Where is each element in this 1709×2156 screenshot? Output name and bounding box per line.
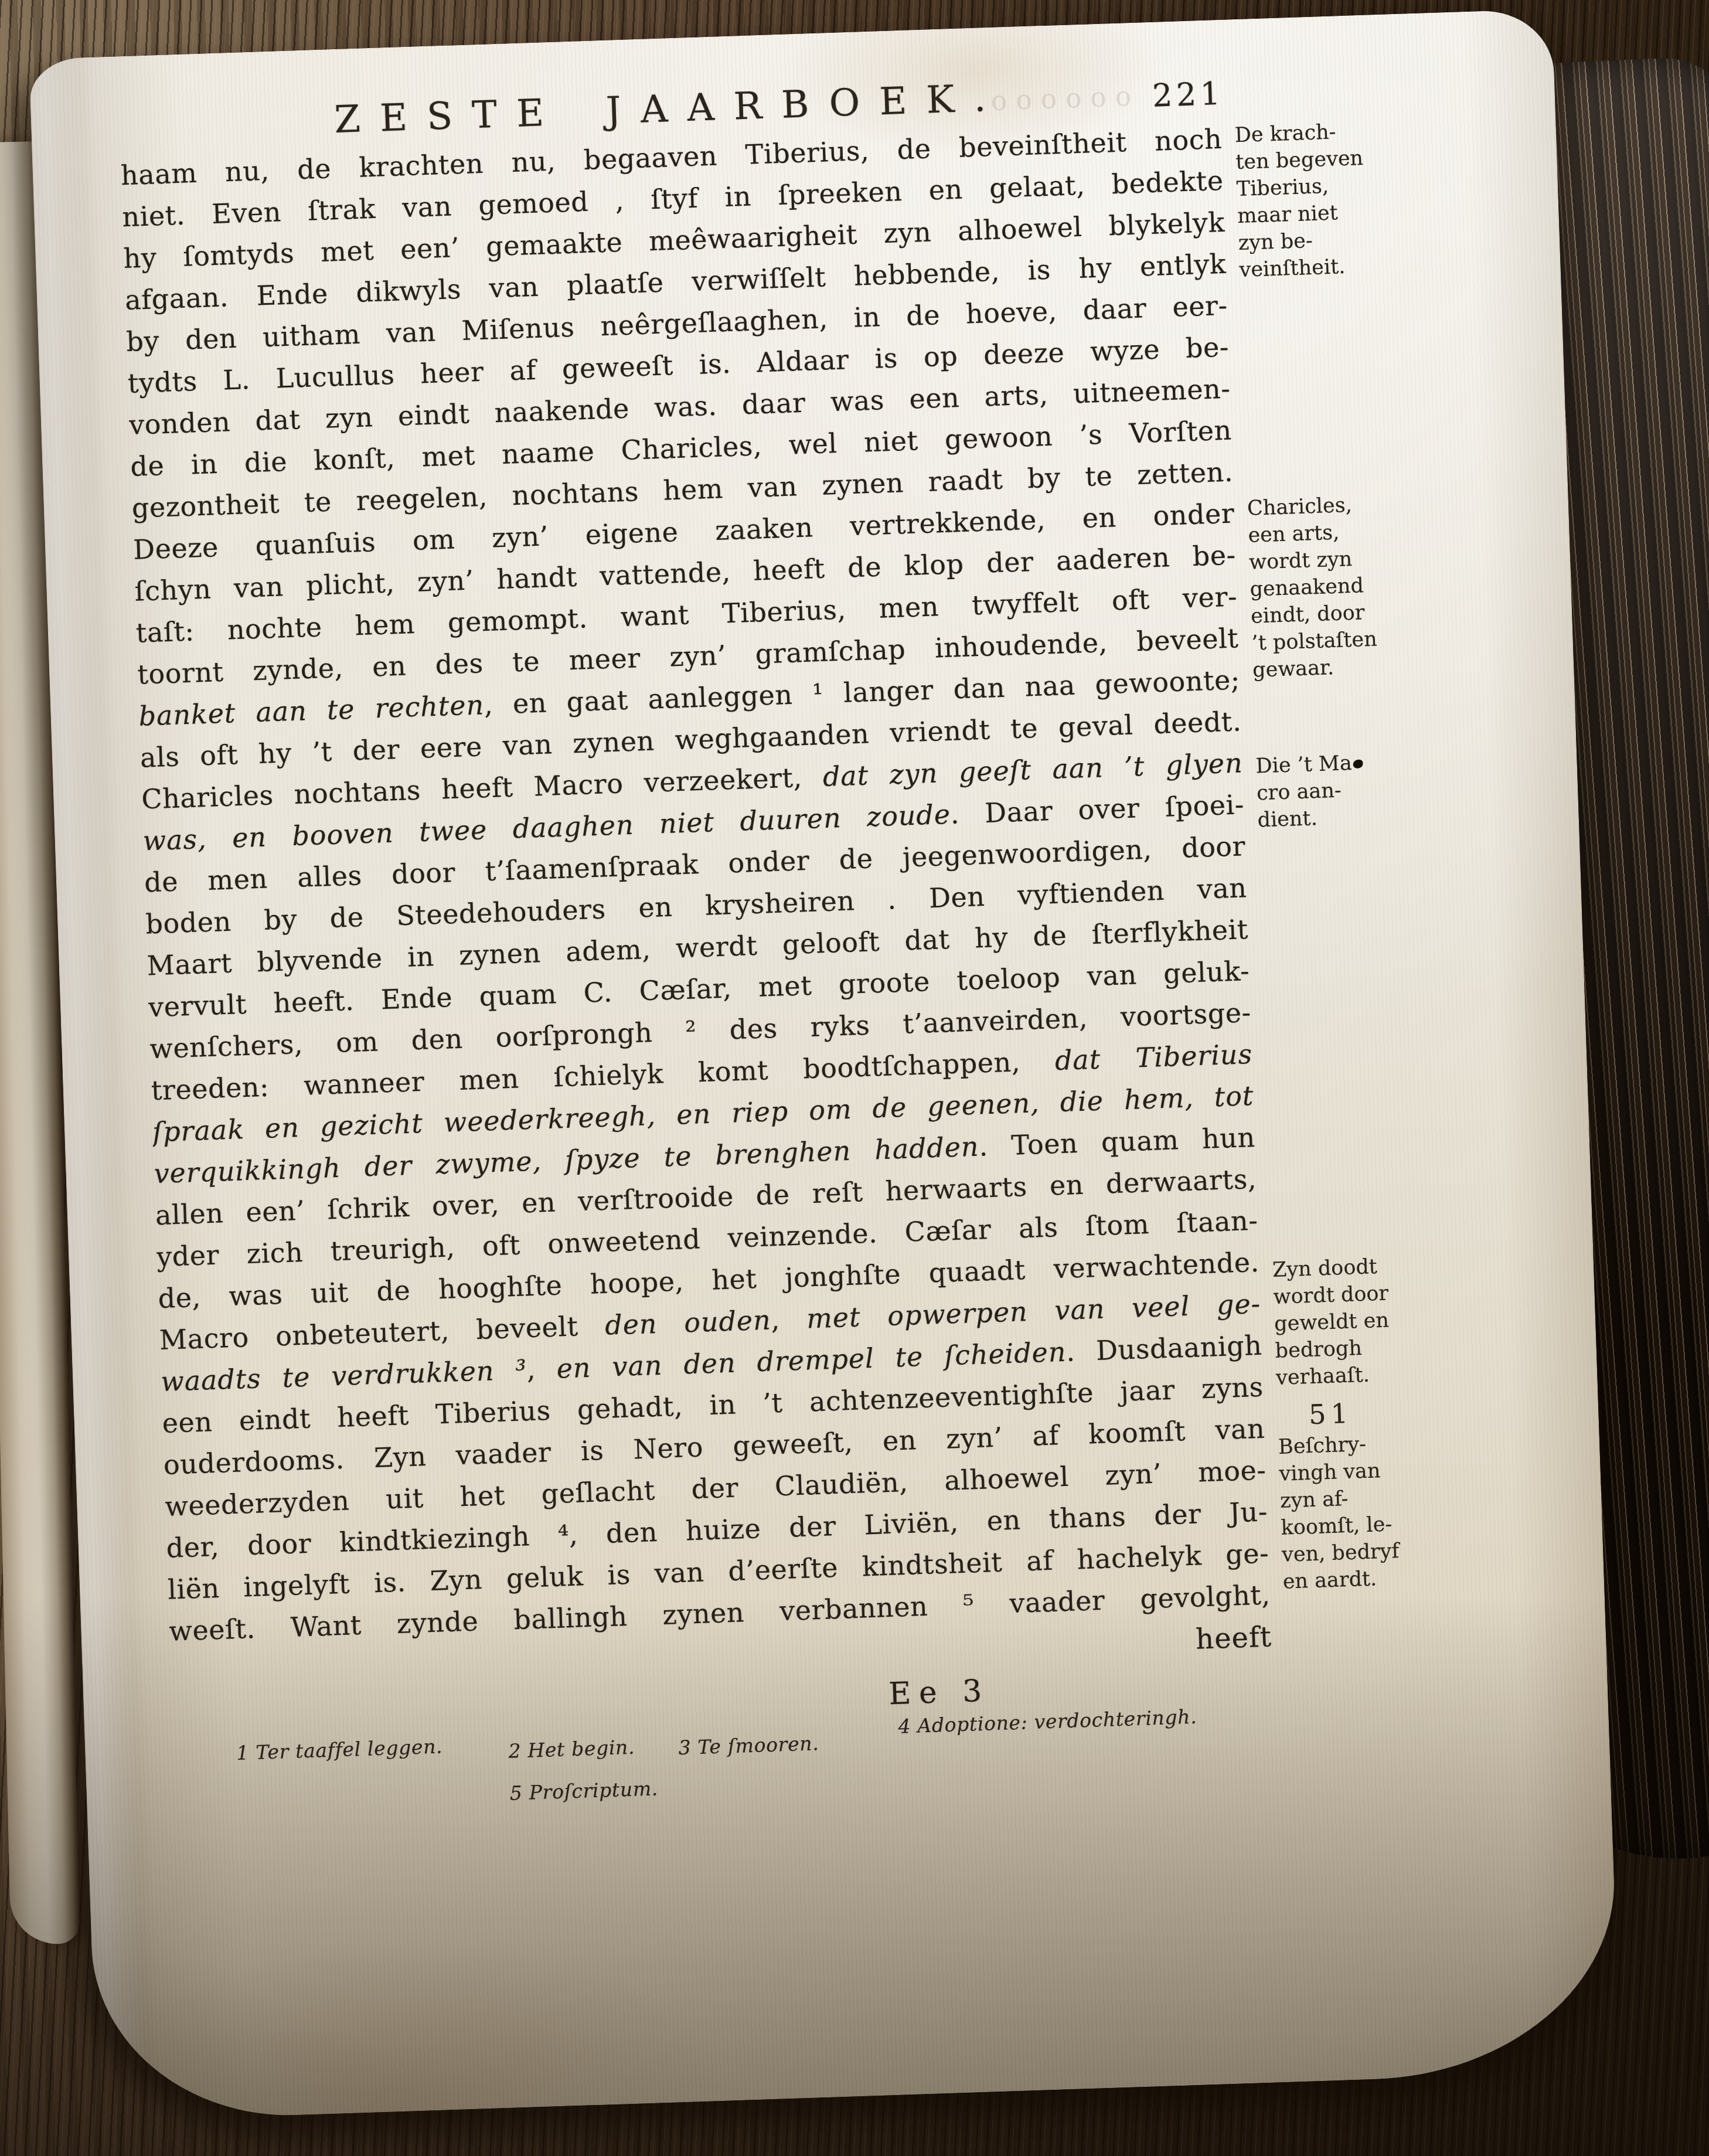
gathering-signature: Ee 3 bbox=[845, 1672, 1034, 1713]
page-number: 221 bbox=[1152, 75, 1225, 114]
roman-text: . Dusdaanigh bbox=[1065, 1329, 1262, 1368]
margin-note-line: dient. bbox=[1257, 801, 1439, 834]
margin-note-line: en aardt. bbox=[1282, 1563, 1465, 1596]
italic-text: den ouden bbox=[604, 1304, 771, 1341]
book-page: ZESTE JAARBOEK. oooooo 221 haam nu, de k… bbox=[29, 9, 1620, 2121]
page-content: ZESTE JAARBOEK. oooooo 221 haam nu, de k… bbox=[29, 9, 1620, 2121]
margin-note: 51Beſchry-vingh vanzyn af-koomſt, le-ven… bbox=[1277, 1396, 1465, 1596]
text-block: haam nu, de krachten nu, begaaven Tiberi… bbox=[120, 118, 1271, 1652]
margin-note: Zyn doodtwordt doorgeweldt enbedroghverh… bbox=[1272, 1251, 1458, 1392]
show-through-marks: oooooo bbox=[990, 80, 1141, 116]
footnote: 4 Adoptione: verdochteringh. bbox=[898, 1705, 1197, 1738]
italic-text: banket aan te rechten bbox=[138, 689, 485, 732]
roman-text: , bbox=[526, 1353, 557, 1386]
margin-note-line: gewaar. bbox=[1252, 651, 1434, 683]
footnote: 3 Te ſmooren. bbox=[678, 1732, 819, 1759]
margin-note-line: verhaaſt. bbox=[1275, 1359, 1458, 1392]
roman-text: . Daar over ſpoei- bbox=[950, 788, 1245, 830]
roman-text: . Toen quam hun bbox=[978, 1121, 1255, 1162]
footnote: 2 Het begin. bbox=[508, 1736, 635, 1763]
footnote: 5 Proſcriptum. bbox=[509, 1777, 658, 1804]
italic-text: waadts te verdrukken ³ bbox=[160, 1354, 527, 1397]
roman-text: , bbox=[771, 1303, 808, 1335]
margin-note: Die ’t Macro aan-dient. bbox=[1255, 747, 1439, 834]
margin-note-line: veinſtheit. bbox=[1239, 251, 1421, 284]
footnote: 1 Ter taaffel leggen. bbox=[236, 1735, 443, 1764]
margin-note-line: 51 bbox=[1277, 1396, 1459, 1429]
margin-note: Charicles,een arts,wordt zyngenaakendein… bbox=[1247, 489, 1435, 684]
italic-text: dat Tiberius bbox=[1054, 1038, 1253, 1076]
book-photo: ZESTE JAARBOEK. oooooo 221 haam nu, de k… bbox=[0, 0, 1709, 2156]
margin-note: De krach-ten begevenTiberius,maar nietzy… bbox=[1234, 116, 1421, 284]
